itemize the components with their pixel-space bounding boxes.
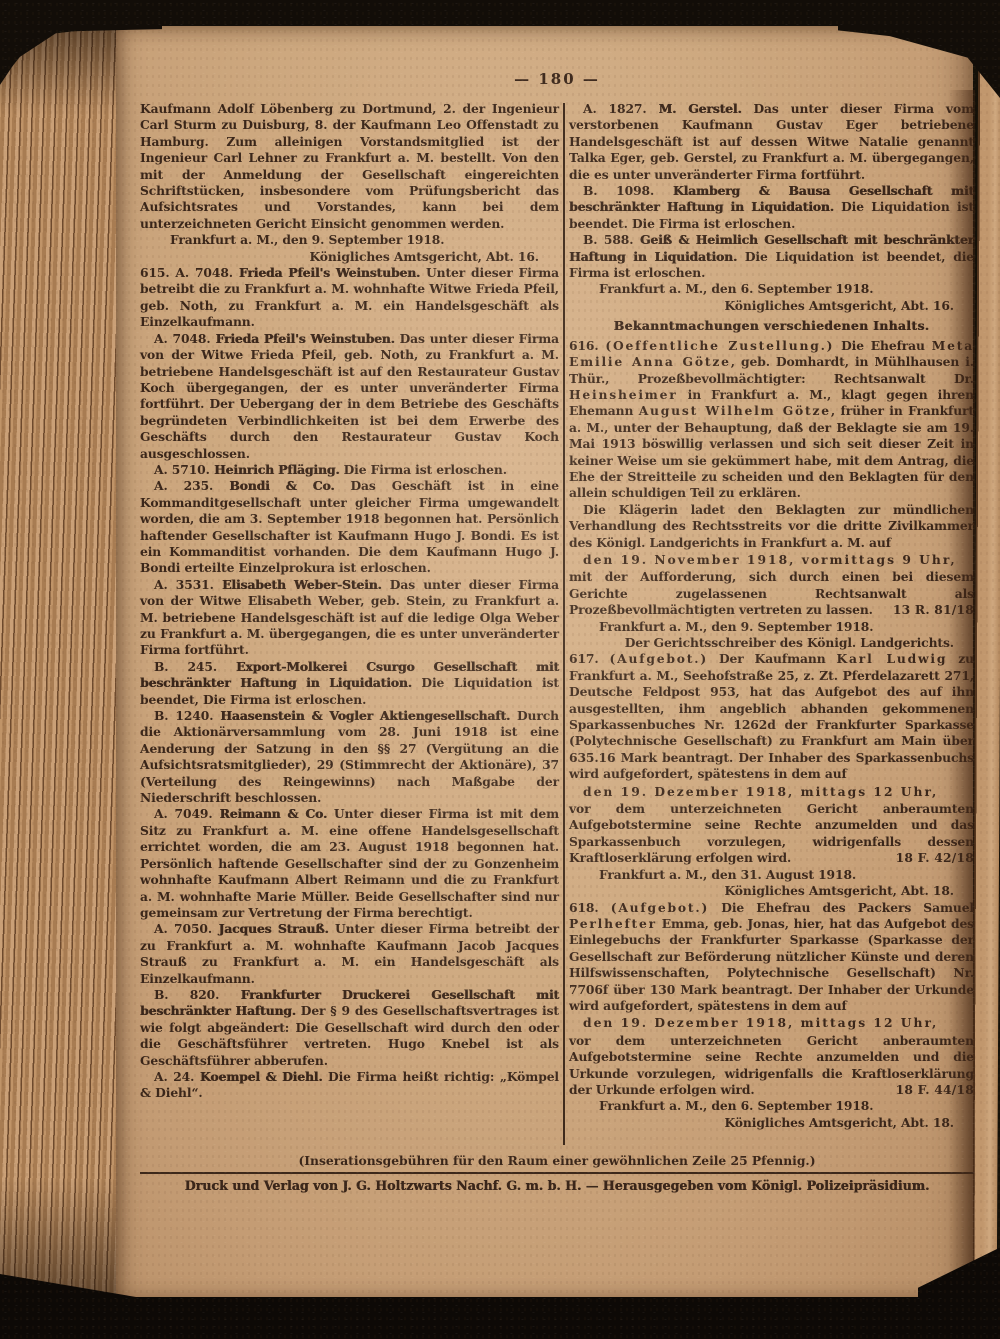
book-page-stack-edge [0,24,116,1306]
paragraph: mit der Aufforderung, sich durch einen b… [569,569,974,618]
text-run: den 19. Dezember 1918, mittags 12 Uhr, [583,1015,938,1030]
text-run: Karl Ludwig [837,651,948,666]
text-run: 615. A. 7048. [140,265,239,280]
text-run: B. 820. [154,987,241,1002]
paragraph: vor dem unterzeichneten Gericht anberaum… [569,801,974,867]
text-run: A. 235. [154,478,229,493]
scanner-background-bottom [0,1297,1000,1339]
page-number: — 180 — [140,70,974,88]
case-reference: 18 F. 44/18 [896,1082,974,1098]
paragraph: Kaufmann Adolf Löbenberg zu Dortmund, 2.… [140,101,559,232]
text-run: Die Ehefrau [834,338,931,353]
firm-name: Reimann & Co. [220,806,328,821]
paragraph: Königliches Amtsgericht, Abt. 18. [569,883,974,899]
text-run: A. 3531. [154,577,222,592]
left-column: Kaufmann Adolf Löbenberg zu Dortmund, 2.… [140,101,559,1147]
firm-name: Koempel & Diehl. [200,1069,323,1084]
text-run: Der Gerichtsschreiber des Königl. Landge… [625,635,954,650]
text-run: B. 1240. [154,708,220,723]
paragraph: A. 5710. Heinrich Pfläging. Die Firma is… [140,462,559,478]
firm-name: Bekanntmachungen verschiedenen Inhalts. [614,318,930,333]
paragraph: B. 820. Frankfurter Druckerei Gesellscha… [140,987,559,1069]
case-reference: 18 F. 42/18 [896,850,974,866]
scanner-background-top [0,0,1000,26]
scanned-gazette-page: — 180 — Kaufmann Adolf Löbenberg zu Dort… [0,0,1000,1339]
text-run: Heinsheimer [569,387,678,402]
text-run: den 19. November 1918, vormittags 9 Uhr, [583,552,957,567]
text-run: Frankfurt a. M., den 31. August 1918. [599,867,856,882]
text-run: A. 7050. [154,921,218,936]
paragraph: A. 235. Bondi & Co. Das Geschäft ist in … [140,478,559,576]
paragraph: Frankfurt a. M., den 9. September 1918. [140,232,559,248]
text-run: A. 24. [154,1069,200,1084]
paragraph: A. 24. Koempel & Diehl. Die Firma heißt … [140,1069,559,1102]
text-run: A. 5710. [154,462,214,477]
text-run: Der Kaufmann [708,651,837,666]
text-run: 616. [569,338,605,353]
text-run: Frankfurt a. M., den 6. September 1918. [599,281,873,296]
text-run: Königliches Amtsgericht, Abt. 16. [309,249,539,264]
paragraph: 616. (Oeffentliche Zustellung.) Die Ehef… [569,338,974,502]
paragraph: A. 7049. Reimann & Co. Unter dieser Firm… [140,806,559,921]
firm-name: M. Gerstel. [659,101,742,116]
paragraph: 617. (Aufgebot.) Der Kaufmann Karl Ludwi… [569,651,974,782]
paragraph: 618. (Aufgebot.) Die Ehefrau des Packers… [569,900,974,1015]
paragraph: B. 588. Geiß & Heimlich Gesellschaft mit… [569,232,974,281]
text-run: B. 588. [583,232,640,247]
column-divider-rule [563,103,565,1145]
text-run: A. 7048. [154,331,215,346]
case-reference: 13 R. 81/18 [893,602,974,618]
paragraph: den 19. Dezember 1918, mittags 12 Uhr, [569,1015,974,1031]
firm-name: Bondi & Co. [229,478,334,493]
text-run: Perlhefter [569,916,657,931]
page-footer: (Inserationsgebühren für den Raum einer … [140,1153,974,1193]
text-run: Unter dieser Firma ist mit dem Sitz zu F… [140,806,559,919]
paragraph: A. 7048. Frieda Pfeil's Weinstuben. Das … [140,331,559,462]
paragraph: Königliches Amtsgericht, Abt. 16. [569,298,974,314]
text-run: 618. [569,900,611,915]
paragraph: 615. A. 7048. Frieda Pfeil's Weinstuben.… [140,265,559,331]
text-run: (Aufgebot.) [611,900,709,915]
firm-name: Jacques Strauß. [218,921,328,936]
paragraph: B. 1098. Klamberg & Bausa Gesellschaft m… [569,183,974,232]
paragraph: A. 3531. Elisabeth Weber-Stein. Das unte… [140,577,559,659]
paragraph: Der Gerichtsschreiber des Königl. Landge… [569,635,974,651]
text-run: August Wilhelm Götze [639,403,831,418]
gazette-page: — 180 — Kaufmann Adolf Löbenberg zu Dort… [116,26,973,1304]
paragraph: Königliches Amtsgericht, Abt. 18. [569,1115,974,1131]
text-run: Frankfurt a. M., den 9. September 1918. [599,619,873,634]
text-run: Königliches Amtsgericht, Abt. 16. [724,298,954,313]
firm-name: Heinrich Pfläging. [214,462,339,477]
text-run: Frankfurt a. M., den 9. September 1918. [170,232,444,247]
text-run: B. 245. [154,659,236,674]
text-run: (Aufgebot.) [610,651,708,666]
columns: Kaufmann Adolf Löbenberg zu Dortmund, 2.… [140,101,974,1147]
paragraph: Frankfurt a. M., den 6. September 1918. [569,281,974,297]
text-run: A. 7049. [154,806,220,821]
insertion-fee-note: (Inserationsgebühren für den Raum einer … [140,1153,974,1168]
firm-name: Frieda Pfeil's Weinstuben. [215,331,394,346]
paragraph: Königliches Amtsgericht, Abt. 16. [140,249,559,265]
firm-name: Haasenstein & Vogler Aktiengesellschaft. [220,708,510,723]
footer-rule [140,1172,974,1174]
paragraph: Frankfurt a. M., den 31. August 1918. [569,867,974,883]
paragraph: Frankfurt a. M., den 6. September 1918. [569,1098,974,1114]
paragraph: den 19. November 1918, vormittags 9 Uhr, [569,552,974,568]
paragraph: vor dem unterzeichneten Gericht anberaum… [569,1033,974,1099]
firm-name: Elisabeth Weber-Stein. [222,577,382,592]
imprint-line: Druck und Verlag von J. G. Holtzwarts Na… [140,1178,974,1193]
text-run: Die Firma ist erloschen. [339,462,507,477]
paragraph: Frankfurt a. M., den 9. September 1918. [569,619,974,635]
text-run: Kaufmann Adolf Löbenberg zu Dortmund, 2.… [140,101,559,231]
text-run: Das unter dieser Firma von der Witwe Fri… [140,331,559,461]
paragraph: A. 7050. Jacques Strauß. Unter dieser Fi… [140,921,559,987]
paragraph: Die Klägerin ladet den Beklagten zur mün… [569,502,974,551]
text-run: zu Frankfurt a. M., Seehofstraße 25, z. … [569,651,974,781]
text-run: (Oeffentliche Zustellung.) [605,338,834,353]
page-content: — 180 — Kaufmann Adolf Löbenberg zu Dort… [140,70,974,1193]
text-run: Frankfurt a. M., den 6. September 1918. [599,1098,873,1113]
text-run: A. 1827. [583,101,659,116]
text-run: B. 1098. [583,183,673,198]
adjacent-page-edge [972,58,1000,1283]
paragraph: B. 1240. Haasenstein & Vogler Aktiengese… [140,708,559,806]
text-run: Die Ehefrau des Packers Samuel [709,900,974,915]
text-run: 617. [569,651,610,666]
section-heading: Bekanntmachungen verschiedenen Inhalts. [569,318,974,334]
text-run: Königliches Amtsgericht, Abt. 18. [724,883,954,898]
text-run: Königliches Amtsgericht, Abt. 18. [724,1115,954,1130]
firm-name: Frieda Pfeil's Weinstuben. [239,265,420,280]
text-run: Die Klägerin ladet den Beklagten zur mün… [569,502,974,550]
paragraph: B. 245. Export-Molkerei Csurgo Gesellsch… [140,659,559,708]
right-column: A. 1827. M. Gerstel. Das unter dieser Fi… [569,101,974,1147]
paragraph: A. 1827. M. Gerstel. Das unter dieser Fi… [569,101,974,183]
paragraph: den 19. Dezember 1918, mittags 12 Uhr, [569,784,974,800]
text-run: den 19. Dezember 1918, mittags 12 Uhr, [583,784,938,799]
